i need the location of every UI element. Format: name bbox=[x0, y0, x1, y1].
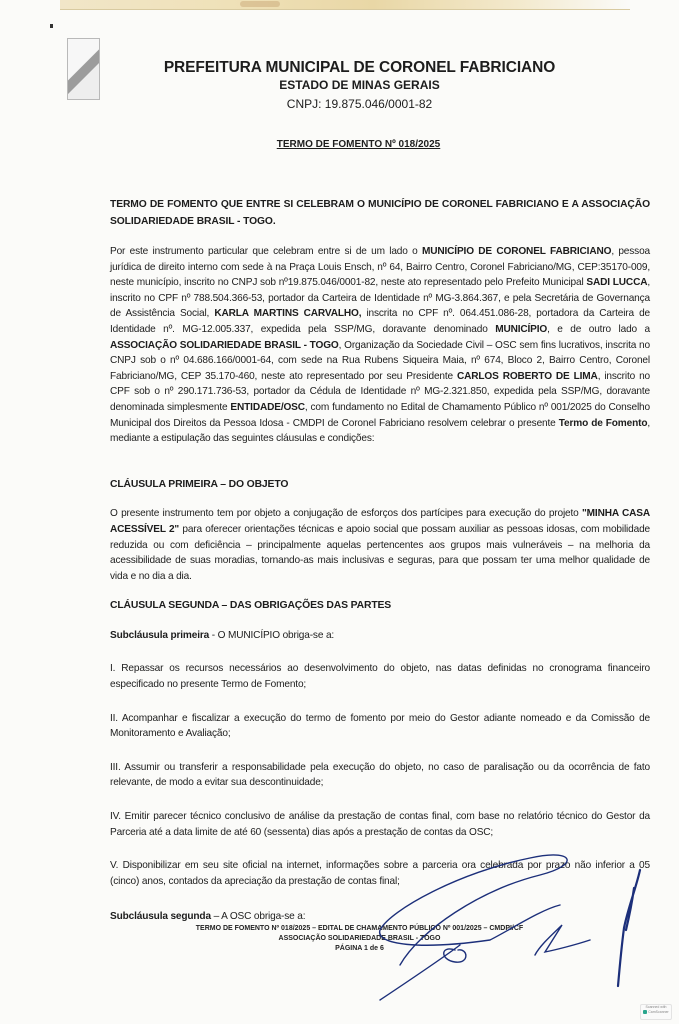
obligation-item-1: I. Repassar os recursos necessários ao d… bbox=[110, 661, 650, 692]
mayor-name: SADI LUCCA bbox=[586, 277, 647, 288]
letterhead-cnpj: CNPJ: 19.875.046/0001-82 bbox=[40, 96, 679, 113]
intro-title: TERMO DE FOMENTO QUE ENTRE SI CELEBRAM O… bbox=[110, 196, 650, 230]
preamble-text: Por este instrumento particular que cele… bbox=[110, 246, 422, 257]
subclause-label: Subcláusula segunda bbox=[110, 911, 211, 922]
municipality-alias: MUNICÍPIO bbox=[495, 324, 547, 335]
letterhead-title: PREFEITURA MUNICIPAL DE CORONEL FABRICIA… bbox=[40, 58, 679, 77]
letterhead: PREFEITURA MUNICIPAL DE CORONEL FABRICIA… bbox=[0, 58, 679, 113]
subclause-label: Subcláusula primeira bbox=[110, 630, 209, 641]
entity-alias: ENTIDADE/OSC bbox=[230, 402, 304, 413]
subclause-1: Subcláusula primeira - O MUNICÍPIO obrig… bbox=[110, 628, 650, 644]
secretary-name: KARLA MARTINS CARVALHO, bbox=[214, 308, 361, 319]
party-municipality: MUNICÍPIO DE CORONEL FABRICIANO bbox=[422, 246, 611, 257]
scan-speck bbox=[50, 24, 53, 28]
party-association: ASSOCIAÇÃO SOLIDARIEDADE BRASIL - TOGO bbox=[110, 340, 339, 351]
obligation-item-2: II. Acompanhar e fiscalizar a execução d… bbox=[110, 711, 650, 742]
preamble-paragraph: Por este instrumento particular que cele… bbox=[110, 244, 650, 447]
obligation-item-3: III. Assumir ou transferir a responsabil… bbox=[110, 760, 650, 791]
initials-signature-icon bbox=[610, 868, 650, 988]
obligation-item-4: IV. Emitir parecer técnico conclusivo de… bbox=[110, 809, 650, 840]
badge-brand: CamScanner bbox=[641, 1010, 671, 1015]
document-title: TERMO DE FOMENTO Nº 018/2025 bbox=[0, 139, 679, 150]
clause-text: para oferecer orientações técnicas e apo… bbox=[110, 524, 650, 582]
subclause-text: - O MUNICÍPIO obriga-se a: bbox=[209, 630, 334, 641]
camscanner-logo-icon bbox=[643, 1010, 647, 1014]
letterhead-state: ESTADO DE MINAS GERAIS bbox=[40, 77, 679, 93]
handwritten-signature-icon bbox=[340, 850, 600, 1010]
clause-1-paragraph: O presente instrumento tem por objeto a … bbox=[110, 506, 650, 584]
scanned-page-top-edge bbox=[60, 0, 630, 10]
clause-2-heading: CLÁUSULA SEGUNDA – DAS OBRIGAÇÕES DAS PA… bbox=[110, 598, 650, 614]
camscanner-badge: Scanned with CamScanner bbox=[640, 1004, 672, 1020]
subclause-text: – A OSC obriga-se a: bbox=[211, 911, 305, 922]
badge-brand-text: CamScanner bbox=[648, 1010, 668, 1014]
clause-1-heading: CLÁUSULA PRIMEIRA – DO OBJETO bbox=[110, 477, 650, 493]
clause-text: O presente instrumento tem por objeto a … bbox=[110, 508, 582, 519]
preamble-text: , e de outro lado a bbox=[547, 324, 650, 335]
term-name: Termo de Fomento bbox=[559, 418, 648, 429]
document-body: TERMO DE FOMENTO QUE ENTRE SI CELEBRAM O… bbox=[110, 196, 650, 925]
president-name: CARLOS ROBERTO DE LIMA bbox=[457, 371, 598, 382]
